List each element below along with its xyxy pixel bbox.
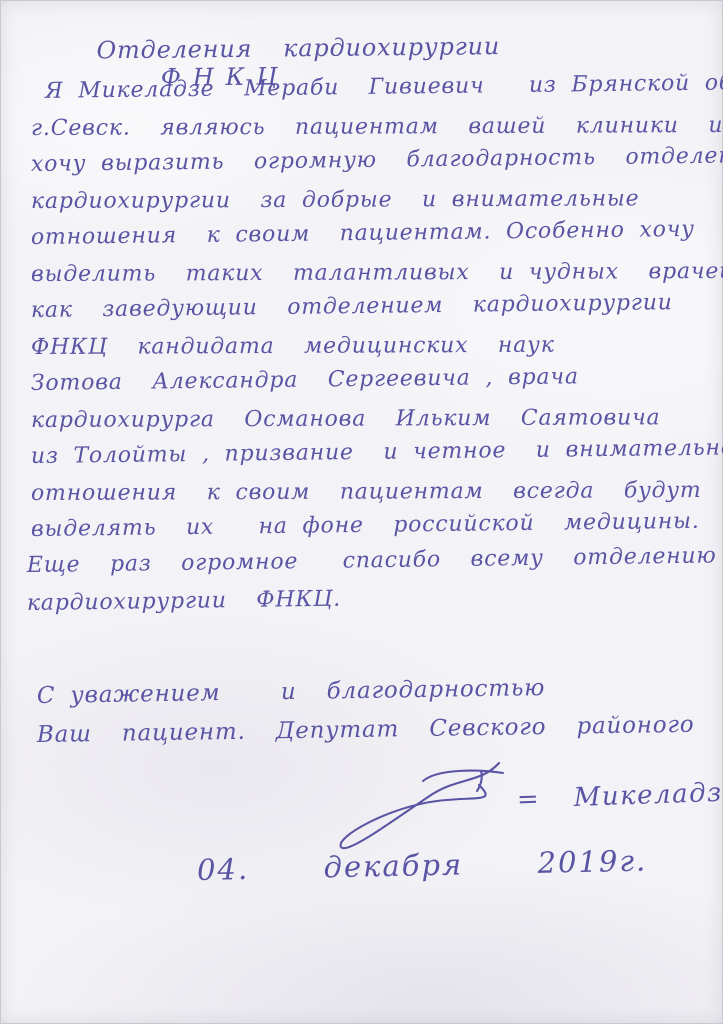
letter-line: из Толойты , призвание и четное и внимат… [31, 436, 721, 481]
letter-closing: С уважением и благодарностью Ваш пациент… [37, 683, 717, 761]
letter-line: Я Микеладзе Мераби Гивиевич из Брянской … [31, 71, 721, 116]
letter-thanks-paragraph: Еще раз огромное спасибо всему отделению… [27, 553, 717, 629]
letter-line: Зотова Александра Сергеевича , врача [31, 363, 721, 408]
letter-page: Отделения кардиохирургии ФНКЦ Я Микеладз… [0, 0, 723, 1024]
letter-line: хочу выразить огромную благодарность отд… [31, 144, 721, 189]
letter-date: 04. декабря 2019г. [197, 844, 648, 887]
letter-body-paragraph: Я Микеладзе Мераби Гивиевич из Брянской … [31, 79, 721, 554]
letter-line: как заведующии отделением кардиохирургии [31, 290, 721, 335]
letter-line: отношения к своим пациентам. Особенно хо… [31, 217, 721, 262]
signature-name: = Микеладзе МГ [516, 775, 723, 815]
letter-header-title: Отделения кардиохирургии [96, 32, 500, 64]
